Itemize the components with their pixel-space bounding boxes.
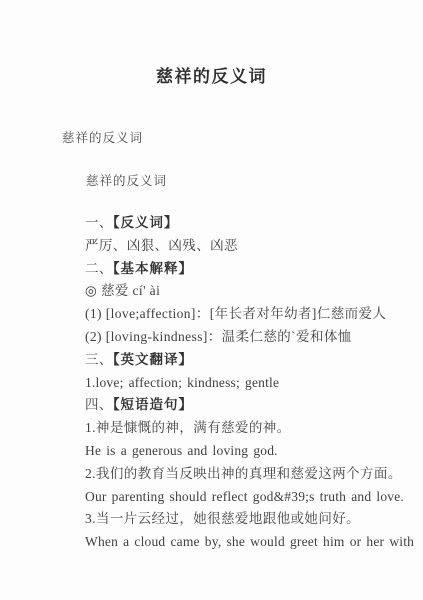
page-title: 慈祥的反义词 [0,62,423,87]
definition-2: (2) [loving-kindness]：温柔仁慈的`爱和体恤 [85,326,409,349]
section-heading-antonyms: 一、【反义词】 [85,212,409,235]
heading-indented: 慈祥的反义词 [86,171,167,189]
section-3-label: 【英文翻译】 [113,352,193,367]
section-heading-phrases: 四、【短语造句】 [85,394,409,417]
section-1-number: 一、 [85,215,113,230]
example-1-zh: 1.神是慷慨的神，满有慈爱的神。 [85,417,409,440]
example-3-en: When a cloud came by, she would greet hi… [85,531,409,554]
example-1-en: He is a generous and loving god. [85,440,409,463]
section-4-label: 【短语造句】 [113,397,193,412]
section-heading-basic-explanation: 二、【基本解释】 [85,258,409,281]
document-page: 慈祥的反义词 慈祥的反义词 慈祥的反义词 一、【反义词】 严厉、凶狠、凶残、凶恶… [0,0,423,600]
document-body: 一、【反义词】 严厉、凶狠、凶残、凶恶 二、【基本解释】 ◎ 慈爱 cí' ài… [85,212,409,554]
section-2-label: 【基本解释】 [113,261,193,276]
example-2-zh: 2.我们的教育当反映出神的真理和慈爱这两个方面。 [85,463,409,486]
definition-1: (1) [love;affection]：[年长者对年幼者]仁慈而爱人 [85,303,409,326]
example-3-zh: 3.当一片云经过，她很慈爱地跟他或她问好。 [85,508,409,531]
section-1-label: 【反义词】 [113,215,179,230]
antonyms-list: 严厉、凶狠、凶残、凶恶 [85,235,409,258]
heading-left: 慈祥的反义词 [62,128,143,146]
section-2-number: 二、 [85,261,113,276]
section-heading-english-translation: 三、【英文翻译】 [85,349,409,372]
example-2-en: Our parenting should reflect god&#39;s t… [85,486,409,509]
english-translation-list: 1.love; affection; kindness; gentle [85,372,409,395]
section-4-number: 四、 [85,397,113,412]
entry-word-pinyin: ◎ 慈爱 cí' ài [85,280,409,303]
section-3-number: 三、 [85,352,113,367]
